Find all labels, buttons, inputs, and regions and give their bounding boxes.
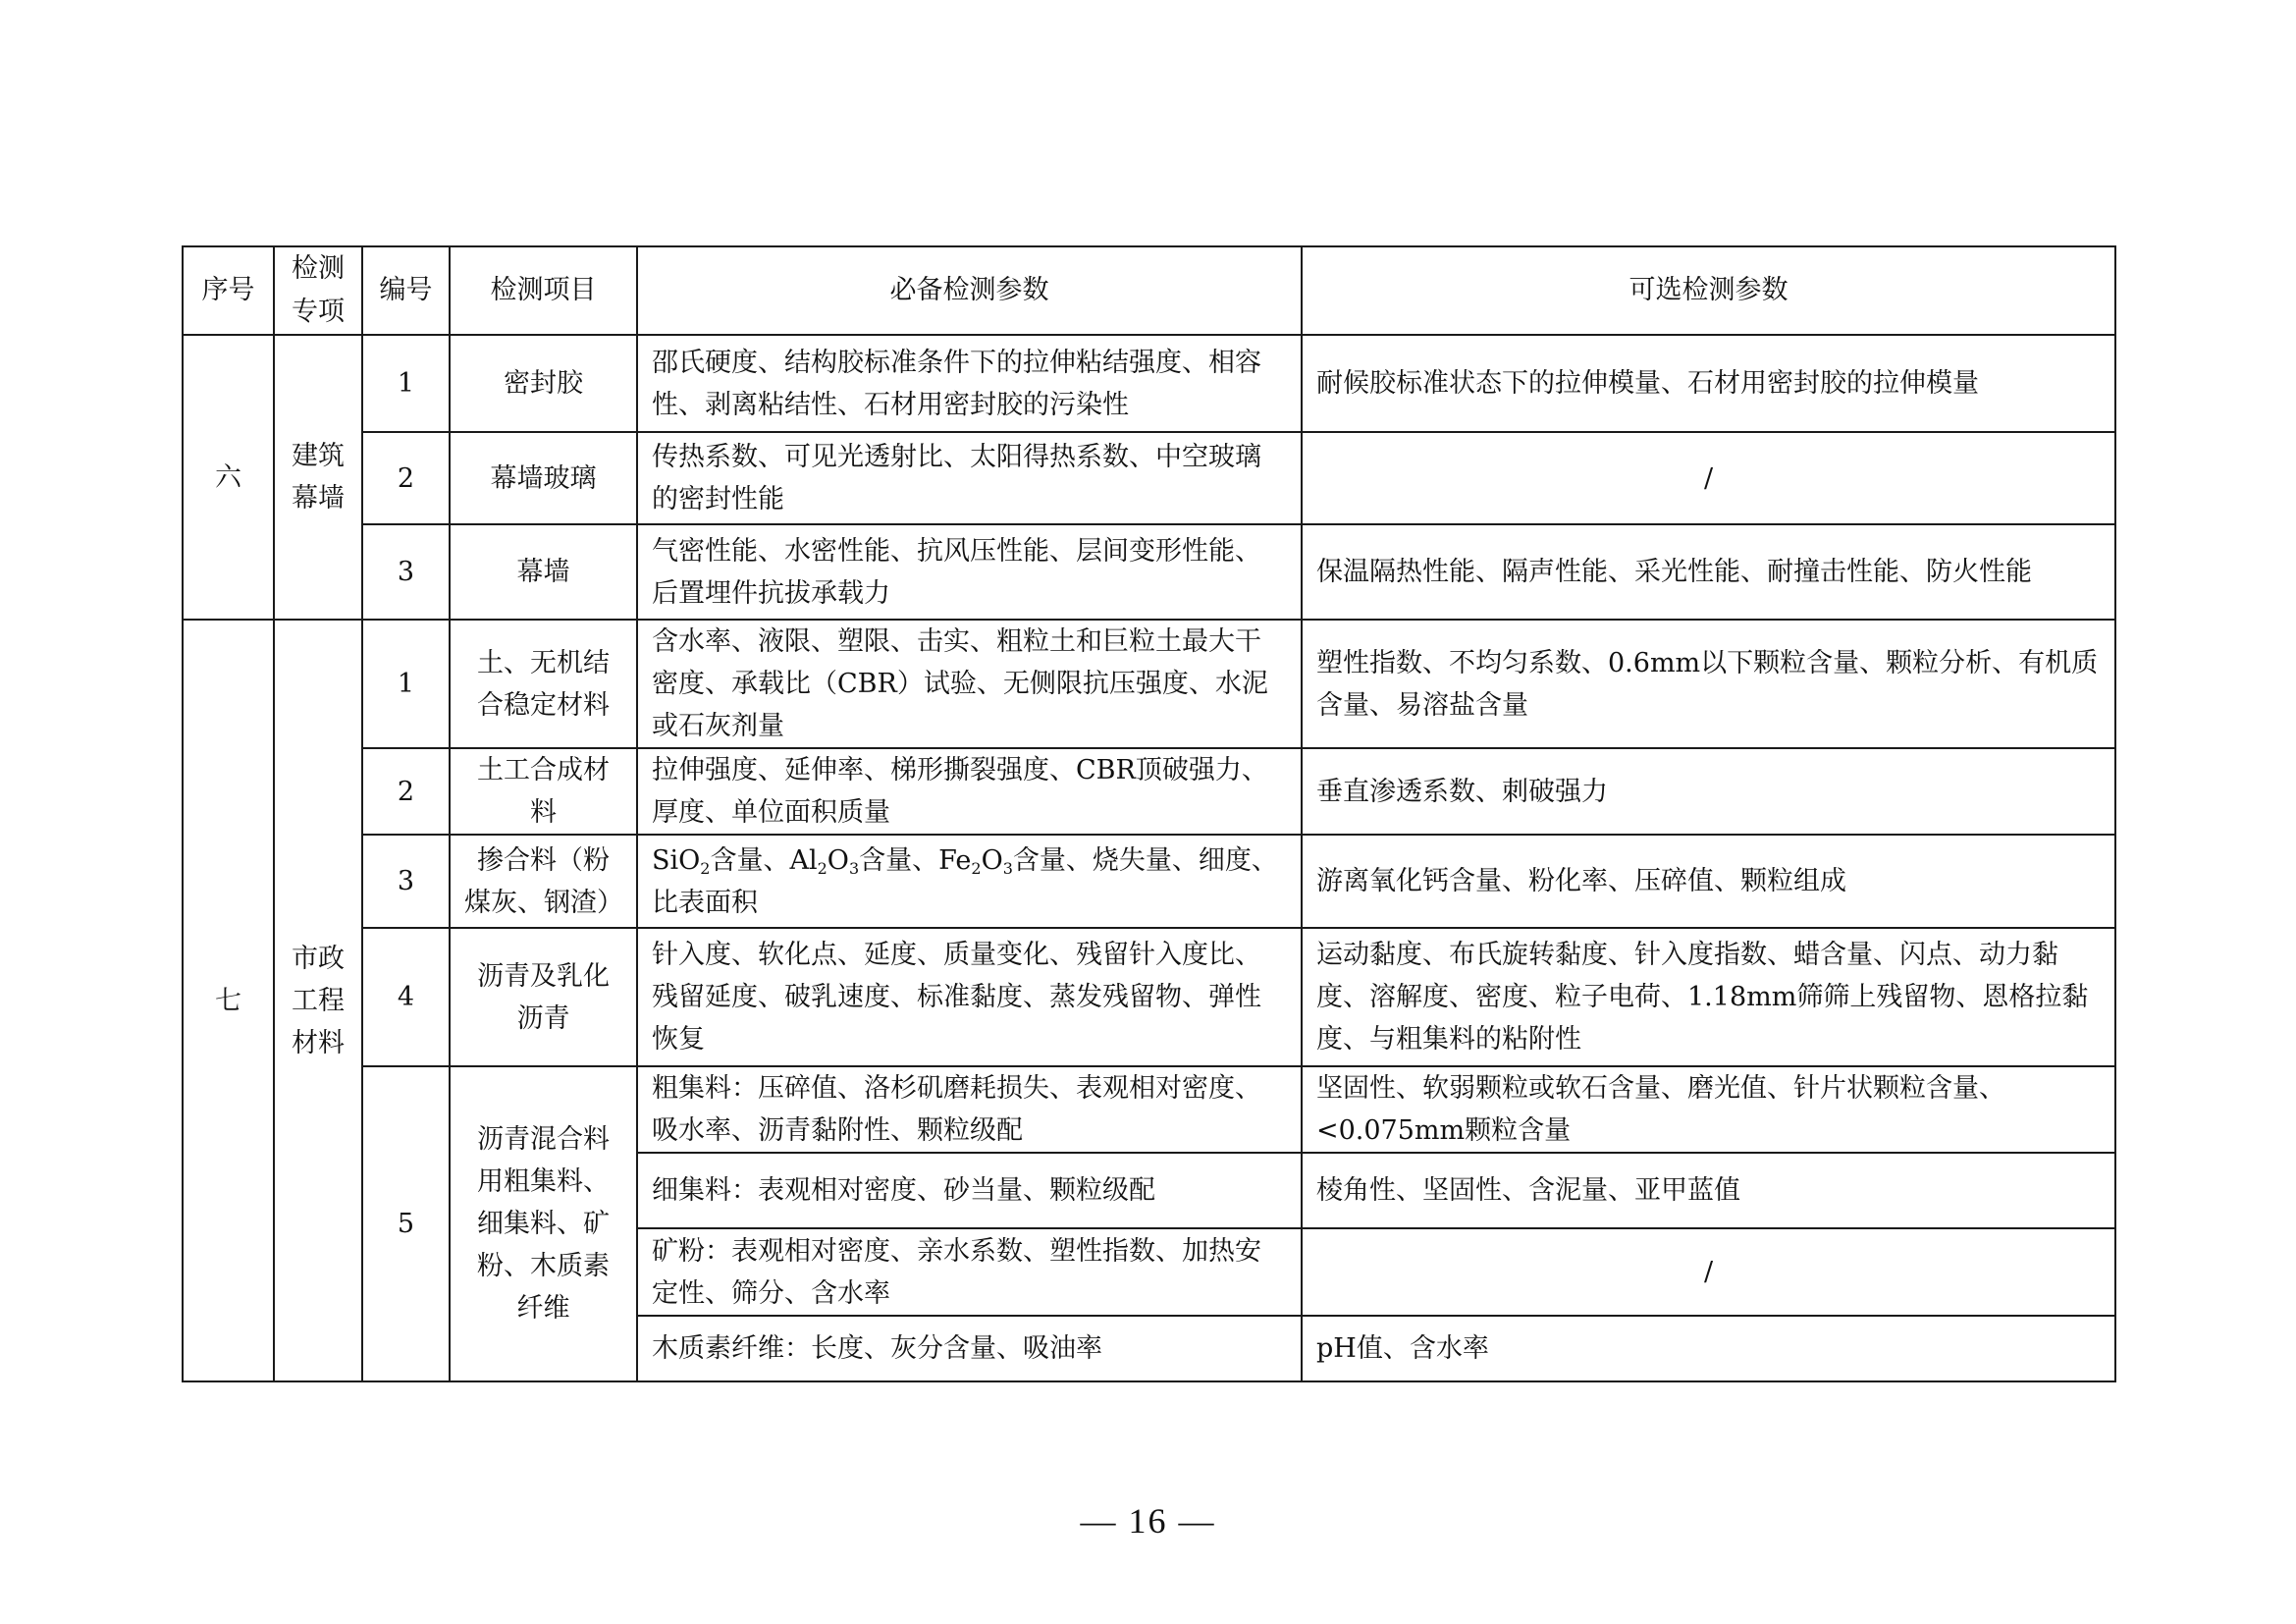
subrow-optional: 坚固性、软弱颗粒或软石含量、磨光值、针片状颗粒含量、<0.075mm颗粒含量 (1302, 1066, 2115, 1153)
row-no: 1 (362, 335, 450, 432)
chem-sub: 2 (700, 859, 710, 878)
row-optional: 游离氧化钙含量、粉化率、压碎值、颗粒组成 (1302, 835, 2115, 928)
table-row: 七 市政工程材料 1 土、无机结合稳定材料 含水率、液限、塑限、击实、粗粒土和巨… (183, 620, 2115, 748)
header-category: 检测专项 (274, 246, 362, 335)
row-item: 幕墙 (450, 524, 637, 620)
row-item: 幕墙玻璃 (450, 432, 637, 524)
page-number: — 16 — (0, 1500, 2296, 1542)
table-row: 3 掺合料（粉煤灰、钢渣） SiO2含量、Al2O3含量、Fe2O3含量、烧失量… (183, 835, 2115, 928)
row-required: 邵氏硬度、结构胶标准条件下的拉伸粘结强度、相容性、剥离粘结性、石材用密封胶的污染… (637, 335, 1302, 432)
table-row: 2 土工合成材料 拉伸强度、延伸率、梯形撕裂强度、CBR顶破强力、厚度、单位面积… (183, 748, 2115, 835)
subrow-required: 细集料：表观相对密度、砂当量、颗粒级配 (637, 1153, 1302, 1228)
subrow-required: 粗集料：压碎值、洛杉矶磨耗损失、表观相对密度、吸水率、沥青黏附性、颗粒级配 (637, 1066, 1302, 1153)
header-item: 检测项目 (450, 246, 637, 335)
row-no: 3 (362, 835, 450, 928)
row-required: 含水率、液限、塑限、击实、粗粒土和巨粒土最大干密度、承载比（CBR）试验、无侧限… (637, 620, 1302, 748)
section-seq: 七 (183, 620, 274, 1381)
section-seq: 六 (183, 335, 274, 620)
row-item: 沥青及乳化沥青 (450, 928, 637, 1066)
row-required: 传热系数、可见光透射比、太阳得热系数、中空玻璃的密封性能 (637, 432, 1302, 524)
row-optional: 耐候胶标准状态下的拉伸模量、石材用密封胶的拉伸模量 (1302, 335, 2115, 432)
row-no: 3 (362, 524, 450, 620)
row-required: 气密性能、水密性能、抗风压性能、层间变形性能、后置埋件抗拔承载力 (637, 524, 1302, 620)
table-row: 2 幕墙玻璃 传热系数、可见光透射比、太阳得热系数、中空玻璃的密封性能 / (183, 432, 2115, 524)
row-optional: 保温隔热性能、隔声性能、采光性能、耐撞击性能、防火性能 (1302, 524, 2115, 620)
chem-sub: 2 (818, 859, 828, 878)
header-seq: 序号 (183, 246, 274, 335)
table-header-row: 序号 检测专项 编号 检测项目 必备检测参数 可选检测参数 (183, 246, 2115, 335)
row-required: SiO2含量、Al2O3含量、Fe2O3含量、烧失量、细度、比表面积 (637, 835, 1302, 928)
row-item: 掺合料（粉煤灰、钢渣） (450, 835, 637, 928)
chem-sub: 2 (971, 859, 981, 878)
chem-text: 含量、Al (710, 845, 817, 876)
row-required: 针入度、软化点、延度、质量变化、残留针入度比、残留延度、破乳速度、标准黏度、蒸发… (637, 928, 1302, 1066)
subrow-required: 矿粉：表观相对密度、亲水系数、塑性指数、加热安定性、筛分、含水率 (637, 1228, 1302, 1316)
subrow-required: 木质素纤维：长度、灰分含量、吸油率 (637, 1316, 1302, 1381)
row-item: 密封胶 (450, 335, 637, 432)
row-item: 土工合成材料 (450, 748, 637, 835)
table-row: 5 沥青混合料用粗集料、细集料、矿粉、木质素纤维 粗集料：压碎值、洛杉矶磨耗损失… (183, 1066, 2115, 1153)
chem-sub: 3 (1003, 859, 1013, 878)
inspection-parameters-table: 序号 检测专项 编号 检测项目 必备检测参数 可选检测参数 六 建筑幕墙 1 密… (182, 245, 2116, 1382)
table-row: 3 幕墙 气密性能、水密性能、抗风压性能、层间变形性能、后置埋件抗拔承载力 保温… (183, 524, 2115, 620)
row-no: 5 (362, 1066, 450, 1381)
row-required: 拉伸强度、延伸率、梯形撕裂强度、CBR顶破强力、厚度、单位面积质量 (637, 748, 1302, 835)
chem-sio: SiO (652, 845, 700, 876)
row-no: 2 (362, 748, 450, 835)
chem-o: O (982, 845, 1003, 876)
header-optional: 可选检测参数 (1302, 246, 2115, 335)
section-category: 市政工程材料 (274, 620, 362, 1381)
row-optional: 运动黏度、布氏旋转黏度、针入度指数、蜡含量、闪点、动力黏度、溶解度、密度、粒子电… (1302, 928, 2115, 1066)
row-no: 2 (362, 432, 450, 524)
subrow-optional: / (1302, 1228, 2115, 1316)
table-row: 六 建筑幕墙 1 密封胶 邵氏硬度、结构胶标准条件下的拉伸粘结强度、相容性、剥离… (183, 335, 2115, 432)
chem-sub: 3 (849, 859, 859, 878)
row-no: 4 (362, 928, 450, 1066)
row-no: 1 (362, 620, 450, 748)
section-category: 建筑幕墙 (274, 335, 362, 620)
section-category-label: 市政工程材料 (291, 938, 347, 1064)
subrow-optional: pH值、含水率 (1302, 1316, 2115, 1381)
header-no: 编号 (362, 246, 450, 335)
section-category-label: 建筑幕墙 (291, 435, 347, 519)
header-category-label: 检测专项 (291, 247, 347, 334)
header-required: 必备检测参数 (637, 246, 1302, 335)
chem-o: O (828, 845, 849, 876)
row-optional: 垂直渗透系数、刺破强力 (1302, 748, 2115, 835)
row-optional: 塑性指数、不均匀系数、0.6mm以下颗粒含量、颗粒分析、有机质含量、易溶盐含量 (1302, 620, 2115, 748)
subrow-optional: 棱角性、坚固性、含泥量、亚甲蓝值 (1302, 1153, 2115, 1228)
chem-text: 含量、Fe (859, 845, 971, 876)
table-row: 4 沥青及乳化沥青 针入度、软化点、延度、质量变化、残留针入度比、残留延度、破乳… (183, 928, 2115, 1066)
row-item: 沥青混合料用粗集料、细集料、矿粉、木质素纤维 (450, 1066, 637, 1381)
row-item: 土、无机结合稳定材料 (450, 620, 637, 748)
row-optional: / (1302, 432, 2115, 524)
